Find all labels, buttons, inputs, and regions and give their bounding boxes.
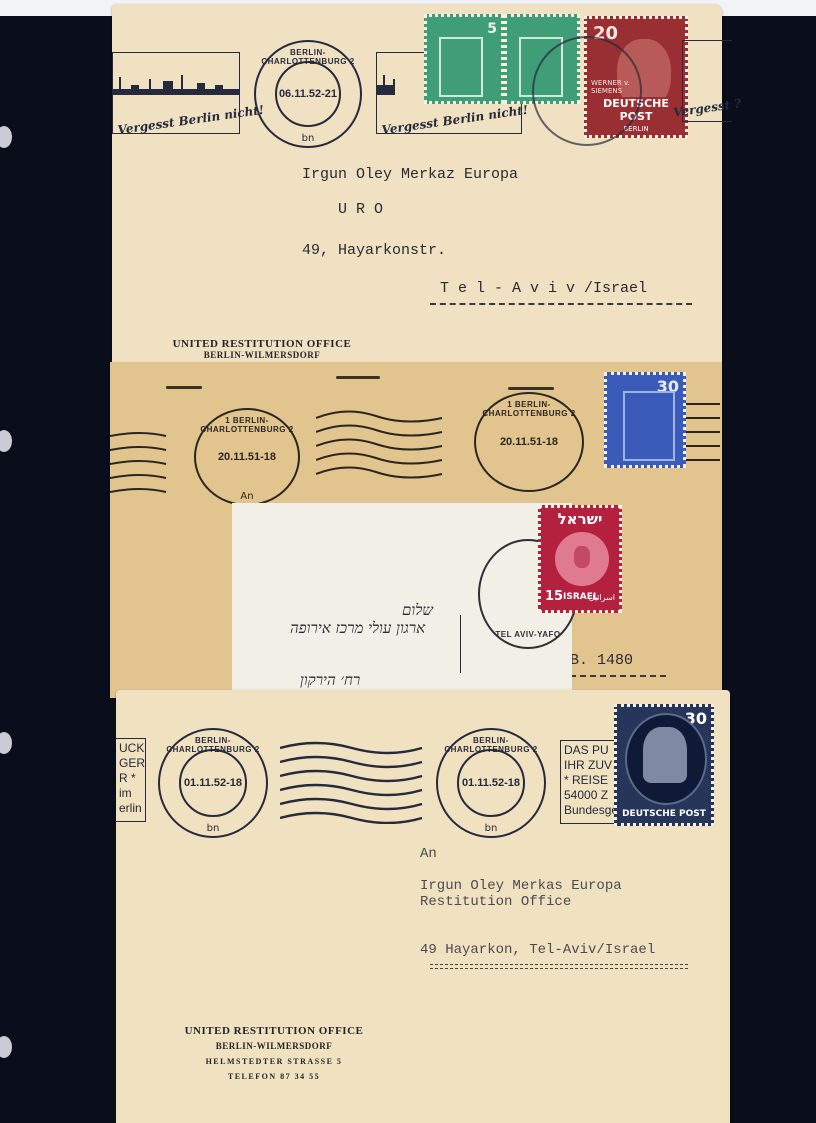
staple [336, 376, 380, 379]
postmark-middle-right: 1 BERLIN-CHARLOTTENBURG 2 20.11.51-18 [474, 392, 584, 492]
underline-dashes [430, 303, 692, 305]
postmark-date: 06.11.52-21 [256, 88, 360, 100]
wavy-cancel-lines [110, 428, 170, 498]
stamp-green-5-a: 5 [424, 14, 504, 104]
postmark-date: 01.11.52-18 [160, 777, 266, 789]
stamp-value: 5 [487, 21, 497, 37]
slogan-line: * REISE [564, 773, 620, 788]
sender-city: BERLIN-WILMERSDORF [154, 1039, 394, 1054]
double-underline [430, 964, 688, 969]
address-line-1: Irgun Oley Merkaz Europa [302, 166, 518, 183]
staple [166, 386, 202, 389]
grapes-icon [574, 546, 590, 568]
handwriting-line-1: שלום [402, 601, 433, 620]
slogan-line: UCK [119, 741, 142, 756]
sender-name: UNITED RESTITUTION OFFICE [154, 1024, 394, 1039]
address-line-2: Irgun Oley Merkas Europa [420, 878, 622, 894]
binder-hole [0, 1036, 12, 1058]
staple [508, 387, 554, 390]
slogan-line: 54000 Z [564, 788, 620, 803]
postmark-bottom-right: BERLIN-CHARLOTTENBURG 2 01.11.52-18 bn [436, 728, 546, 838]
underline-dashes [570, 675, 666, 677]
stamp-country-arabic: اسرائيل [589, 593, 615, 602]
stamp-blue-30: 30 [604, 372, 686, 468]
postmark-code: bn [438, 823, 544, 834]
slogan-line: DAS PU [564, 743, 620, 758]
slogan-line: im [119, 786, 142, 801]
postmark-ring-text: TEL AVIV-YAFO [480, 630, 576, 639]
building-icon [439, 37, 483, 97]
sender-phone: TELEFON 87 34 55 [154, 1069, 394, 1084]
bell-icon [643, 727, 687, 783]
handwriting-line-2: ארגון עולי מרכז אירופה [290, 619, 425, 638]
slogan-line: IHR ZUV [564, 758, 620, 773]
building-icon [623, 391, 675, 461]
handwriting-stroke [460, 615, 461, 673]
slogan-text: Vergesst Berlin nicht! [381, 103, 529, 137]
slogan-line: R * [119, 771, 142, 786]
slogan-text: Vergesst ? [672, 96, 742, 119]
binder-hole [0, 430, 12, 452]
address-line-1: An [420, 846, 437, 862]
slogan-line: erlin [119, 801, 142, 816]
wavy-cancel-lines [280, 740, 426, 824]
sender-block: UNITED RESTITUTION OFFICE BERLIN-WILMERS… [154, 1024, 394, 1084]
stamp-israel-15: ישראל 15 ISRAEL اسرائيل [538, 505, 622, 613]
sender-block: UNITED RESTITUTION OFFICE BERLIN-WILMERS… [152, 338, 372, 360]
israeli-slip: TEL AVIV-YAFO ישראל 15 ISRAEL اسرائيل של… [232, 503, 572, 693]
bell-frame-icon [625, 713, 707, 805]
binder-hole [0, 732, 12, 754]
postmark-code: bn [256, 133, 360, 144]
postmark-top-overstamp [532, 36, 642, 146]
binder-hole [0, 126, 12, 148]
sender-street: HELMSTEDTER STRASSE 5 [154, 1054, 394, 1069]
slogan-text: Vergesst Berlin nicht! [117, 103, 265, 137]
slogan-line: Bundesge [564, 803, 620, 818]
wavy-cancel-lines [686, 398, 722, 478]
postmark-middle-left: 1 BERLIN-CHARLOTTENBURG 2 20.11.51-18 An [194, 408, 300, 506]
cover-bottom: UCK GER R * im erlin BERLIN-CHARLOTTENBU… [116, 690, 730, 1123]
wavy-cancel-lines [316, 406, 446, 486]
stamp-country-hebrew: ישראל [541, 510, 619, 528]
coin-icon [555, 532, 609, 586]
postmark-date: 20.11.51-18 [476, 436, 582, 448]
postmark-ring-text: 1 BERLIN-CHARLOTTENBURG 2 [476, 400, 582, 418]
berlin-skyline-icon [113, 73, 241, 95]
handwriting-line-3: רח׳ הירקון [300, 671, 360, 690]
address-line-4: T e l - A v i v /Israel [440, 280, 647, 297]
stamp-issuer: DEUTSCHE POST [617, 809, 711, 819]
postmark-ring-text: 1 BERLIN-CHARLOTTENBURG 2 [196, 416, 298, 434]
address-line-3: Restitution Office [420, 894, 571, 910]
postmark-date: 01.11.52-18 [438, 777, 544, 789]
slogan-line: GER [119, 756, 142, 771]
slogan-cancel-right-partial: Vergesst ? [682, 40, 732, 122]
sender-city: BERLIN-WILMERSDORF [152, 350, 372, 360]
box-slogan-left: UCK GER R * im erlin [116, 738, 146, 822]
postmark-date: 20.11.51-18 [196, 451, 298, 463]
address-line-2: U R O [338, 201, 383, 218]
address-line-3: 49, Hayarkonstr. [302, 242, 446, 259]
cover-top: Vergesst Berlin nicht! BERLIN-CHARLOTTEN… [112, 4, 722, 364]
slogan-cancel-left: Vergesst Berlin nicht! [112, 52, 240, 134]
postmark-bottom-left: BERLIN-CHARLOTTENBURG 2 01.11.52-18 bn [158, 728, 268, 838]
postmark-top: BERLIN-CHARLOTTENBURG 2 06.11.52-21 bn [254, 40, 362, 148]
address-fragment: B. 1480 [570, 652, 633, 669]
stamp-value: 15 [545, 589, 563, 604]
address-line-4: 49 Hayarkon, Tel-Aviv/Israel [420, 942, 655, 958]
sender-name: UNITED RESTITUTION OFFICE [152, 338, 372, 350]
postmark-code: bn [160, 823, 266, 834]
postmark-code: An [196, 491, 298, 502]
stamp-freedom-bell-30: 30 DEUTSCHE POST [614, 704, 714, 826]
